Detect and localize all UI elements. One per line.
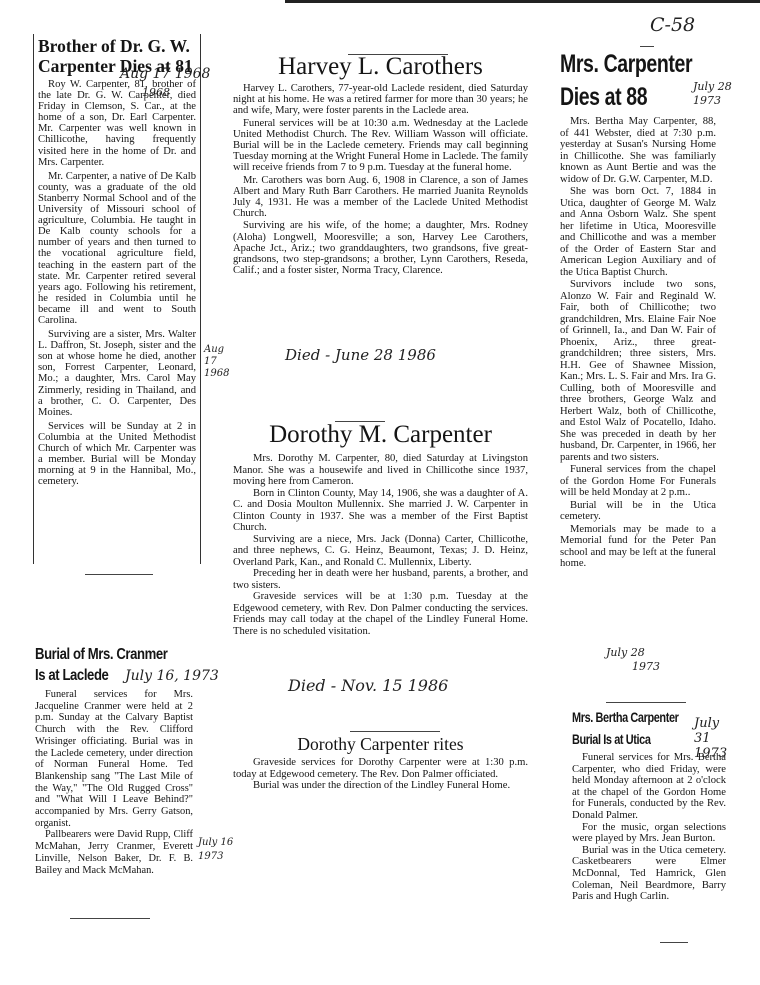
headline: Dorothy Carpenter rites [233,732,528,756]
paragraph: Funeral services for Mrs. Jacqueline Cra… [35,689,193,829]
headline-line-1: Mrs. Carpenter [560,50,716,78]
paragraph: Survivors include two sons, Alonzo W. Fa… [560,279,716,463]
handwritten-date-bertha-bottom-line-2: 1973 [632,660,660,673]
clipping-border-left [33,34,34,564]
handwritten-margin-date-cranmer: July 16 1973 [198,836,238,864]
paragraph: Surviving are a niece, Mrs. Jack (Donna)… [233,534,528,569]
paragraph: Mr. Carothers was born Aug. 6, 1908 in C… [233,175,528,220]
paragraph: She was born Oct. 7, 1884 in Utica, daug… [560,186,716,278]
handwritten-date-cranmer: July 16, 1973 [125,668,219,684]
paragraph: Mrs. Bertha May Carpenter, 88, of 441 We… [560,116,716,185]
paragraph: Memorials may be made to a Memorial fund… [560,524,716,570]
paragraph: Mr. Carpenter, a native of De Kalb count… [38,171,196,326]
divider [640,46,654,47]
headline: Dorothy M. Carpenter [233,420,528,450]
paragraph: Harvey L. Carothers, 77-year-old Laclede… [233,83,528,117]
paragraph: Burial was in the Utica cemetery. Casket… [572,845,726,903]
paragraph: Pallbearers were David Rupp, Cliff McMah… [35,829,193,876]
paragraph: Services will be Sunday at 2 in Columbia… [38,421,196,488]
paragraph: Funeral services from the chapel of the … [560,464,716,499]
handwritten-death-date-dorothy: Died - Nov. 15 1986 [288,676,448,695]
headline-line-1: Burial of Mrs. Cranmer [35,644,199,665]
handwritten-margin-date-roy: Aug 17 1968 [204,344,232,380]
paragraph: For the music, organ selections were pla… [572,822,726,845]
paragraph: Funeral services will be at 10:30 a.m. W… [233,118,528,174]
obituary-bertha-carpenter: Mrs. Carpenter Dies at 88 Mrs. Bertha Ma… [560,50,716,571]
obituary-roy-carpenter: Brother of Dr. G. W. Carpenter Dies at 8… [38,36,196,490]
handwritten-date-bertha-burial: July 31 1973 [694,716,734,761]
handwritten-year-roy: 1968 [142,86,170,99]
handwritten-date-bertha-bottom-line-1: July 28 [606,646,645,659]
handwritten-date-bertha: July 28 1973 [693,80,733,108]
paragraph: Graveside services for Dorothy Carpenter… [233,757,528,780]
headline: Harvey L. Carothers [233,52,528,82]
handwritten-date-roy: Aug 17 1968 [120,66,210,82]
divider [606,702,686,703]
paragraph: Preceding her in death were her husband,… [233,568,528,591]
paragraph: Surviving are his wife, of the home; a d… [233,220,528,276]
paragraph: Funeral services for Mrs. Bertha Carpent… [572,752,726,822]
notice-dorothy-carpenter-rites: Dorothy Carpenter rites Graveside servic… [233,732,528,792]
handwritten-death-date-harvey: Died - June 28 1986 [285,346,436,364]
paragraph: Born in Clinton County, May 14, 1906, sh… [233,488,528,534]
obituary-dorothy-carpenter: Dorothy M. Carpenter Mrs. Dorothy M. Car… [233,420,528,637]
handwritten-page-code: C-58 [650,14,695,36]
paragraph: Roy W. Carpenter, 81, brother of the lat… [38,79,196,168]
paragraph: Graveside services will be at 1:30 p.m. … [233,591,528,637]
divider [85,574,153,575]
obituary-harvey-carothers: Harvey L. Carothers Harvey L. Carothers,… [233,52,528,277]
top-scan-edge [285,0,760,3]
divider [660,942,688,943]
paragraph: Burial will be in the Utica cemetery. [560,500,716,523]
paragraph: Burial was under the direction of the Li… [233,780,528,792]
paragraph: Surviving are a sister, Mrs. Walter L. D… [38,329,196,418]
divider [70,918,150,919]
clipping-border-right [200,34,201,564]
paragraph: Mrs. Dorothy M. Carpenter, 80, died Satu… [233,453,528,488]
